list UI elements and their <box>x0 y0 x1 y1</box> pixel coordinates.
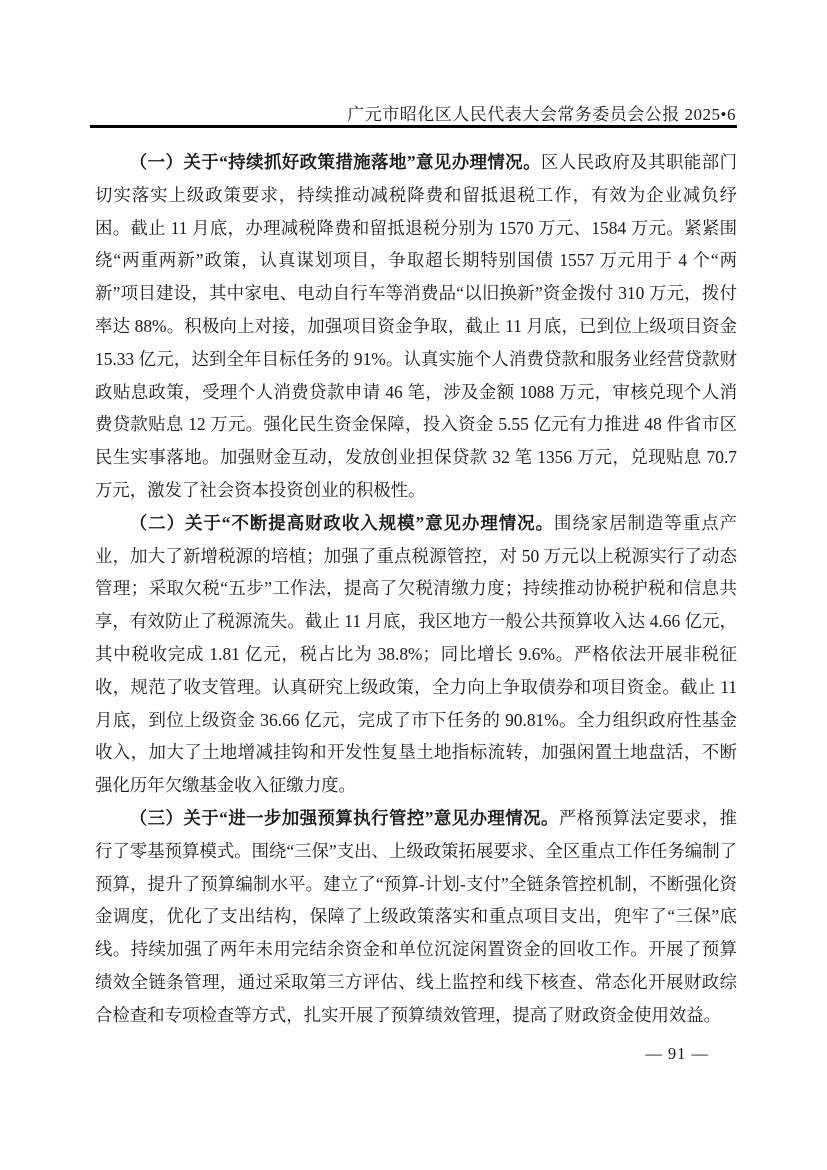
paragraph-body: 围绕家居制造等重点产业，加大了新增税源的培植；加强了重点税源管控，对 50 万元… <box>95 513 737 795</box>
paragraph-heading: （三）关于“进一步加强预算执行管控”意见办理情况。 <box>130 808 559 828</box>
header-title: 广元市昭化区人民代表大会常务委员会公报 2025•6 <box>347 100 736 125</box>
paragraph-body: 区人民政府及其职能部门切实落实上级政策要求，持续推动减税降费和留抵退税工作，有效… <box>95 152 737 500</box>
document-body: （一）关于“持续抓好政策措施落地”意见办理情况。区人民政府及其职能部门切实落实上… <box>95 146 737 1032</box>
paragraph: （一）关于“持续抓好政策措施落地”意见办理情况。区人民政府及其职能部门切实落实上… <box>95 146 737 507</box>
paragraph: （三）关于“进一步加强预算执行管控”意见办理情况。严格预算法定要求，推行了零基预… <box>95 802 737 1032</box>
page-number: — 91 — <box>645 1044 709 1064</box>
paragraph-heading: （二）关于“不断提高财政收入规模”意见办理情况。 <box>130 513 554 533</box>
paragraph: （二）关于“不断提高财政收入规模”意见办理情况。围绕家居制造等重点产业，加大了新… <box>95 507 737 802</box>
paragraph-heading: （一）关于“持续抓好政策措施落地”意见办理情况。 <box>130 152 541 172</box>
document-page: 广元市昭化区人民代表大会常务委员会公报 2025•6 （一）关于“持续抓好政策措… <box>0 0 827 1170</box>
paragraph-body: 严格预算法定要求，推行了零基预算模式。围绕“三保”支出、上级政策拓展要求、全区重… <box>95 808 737 1025</box>
header-rule <box>90 125 737 128</box>
